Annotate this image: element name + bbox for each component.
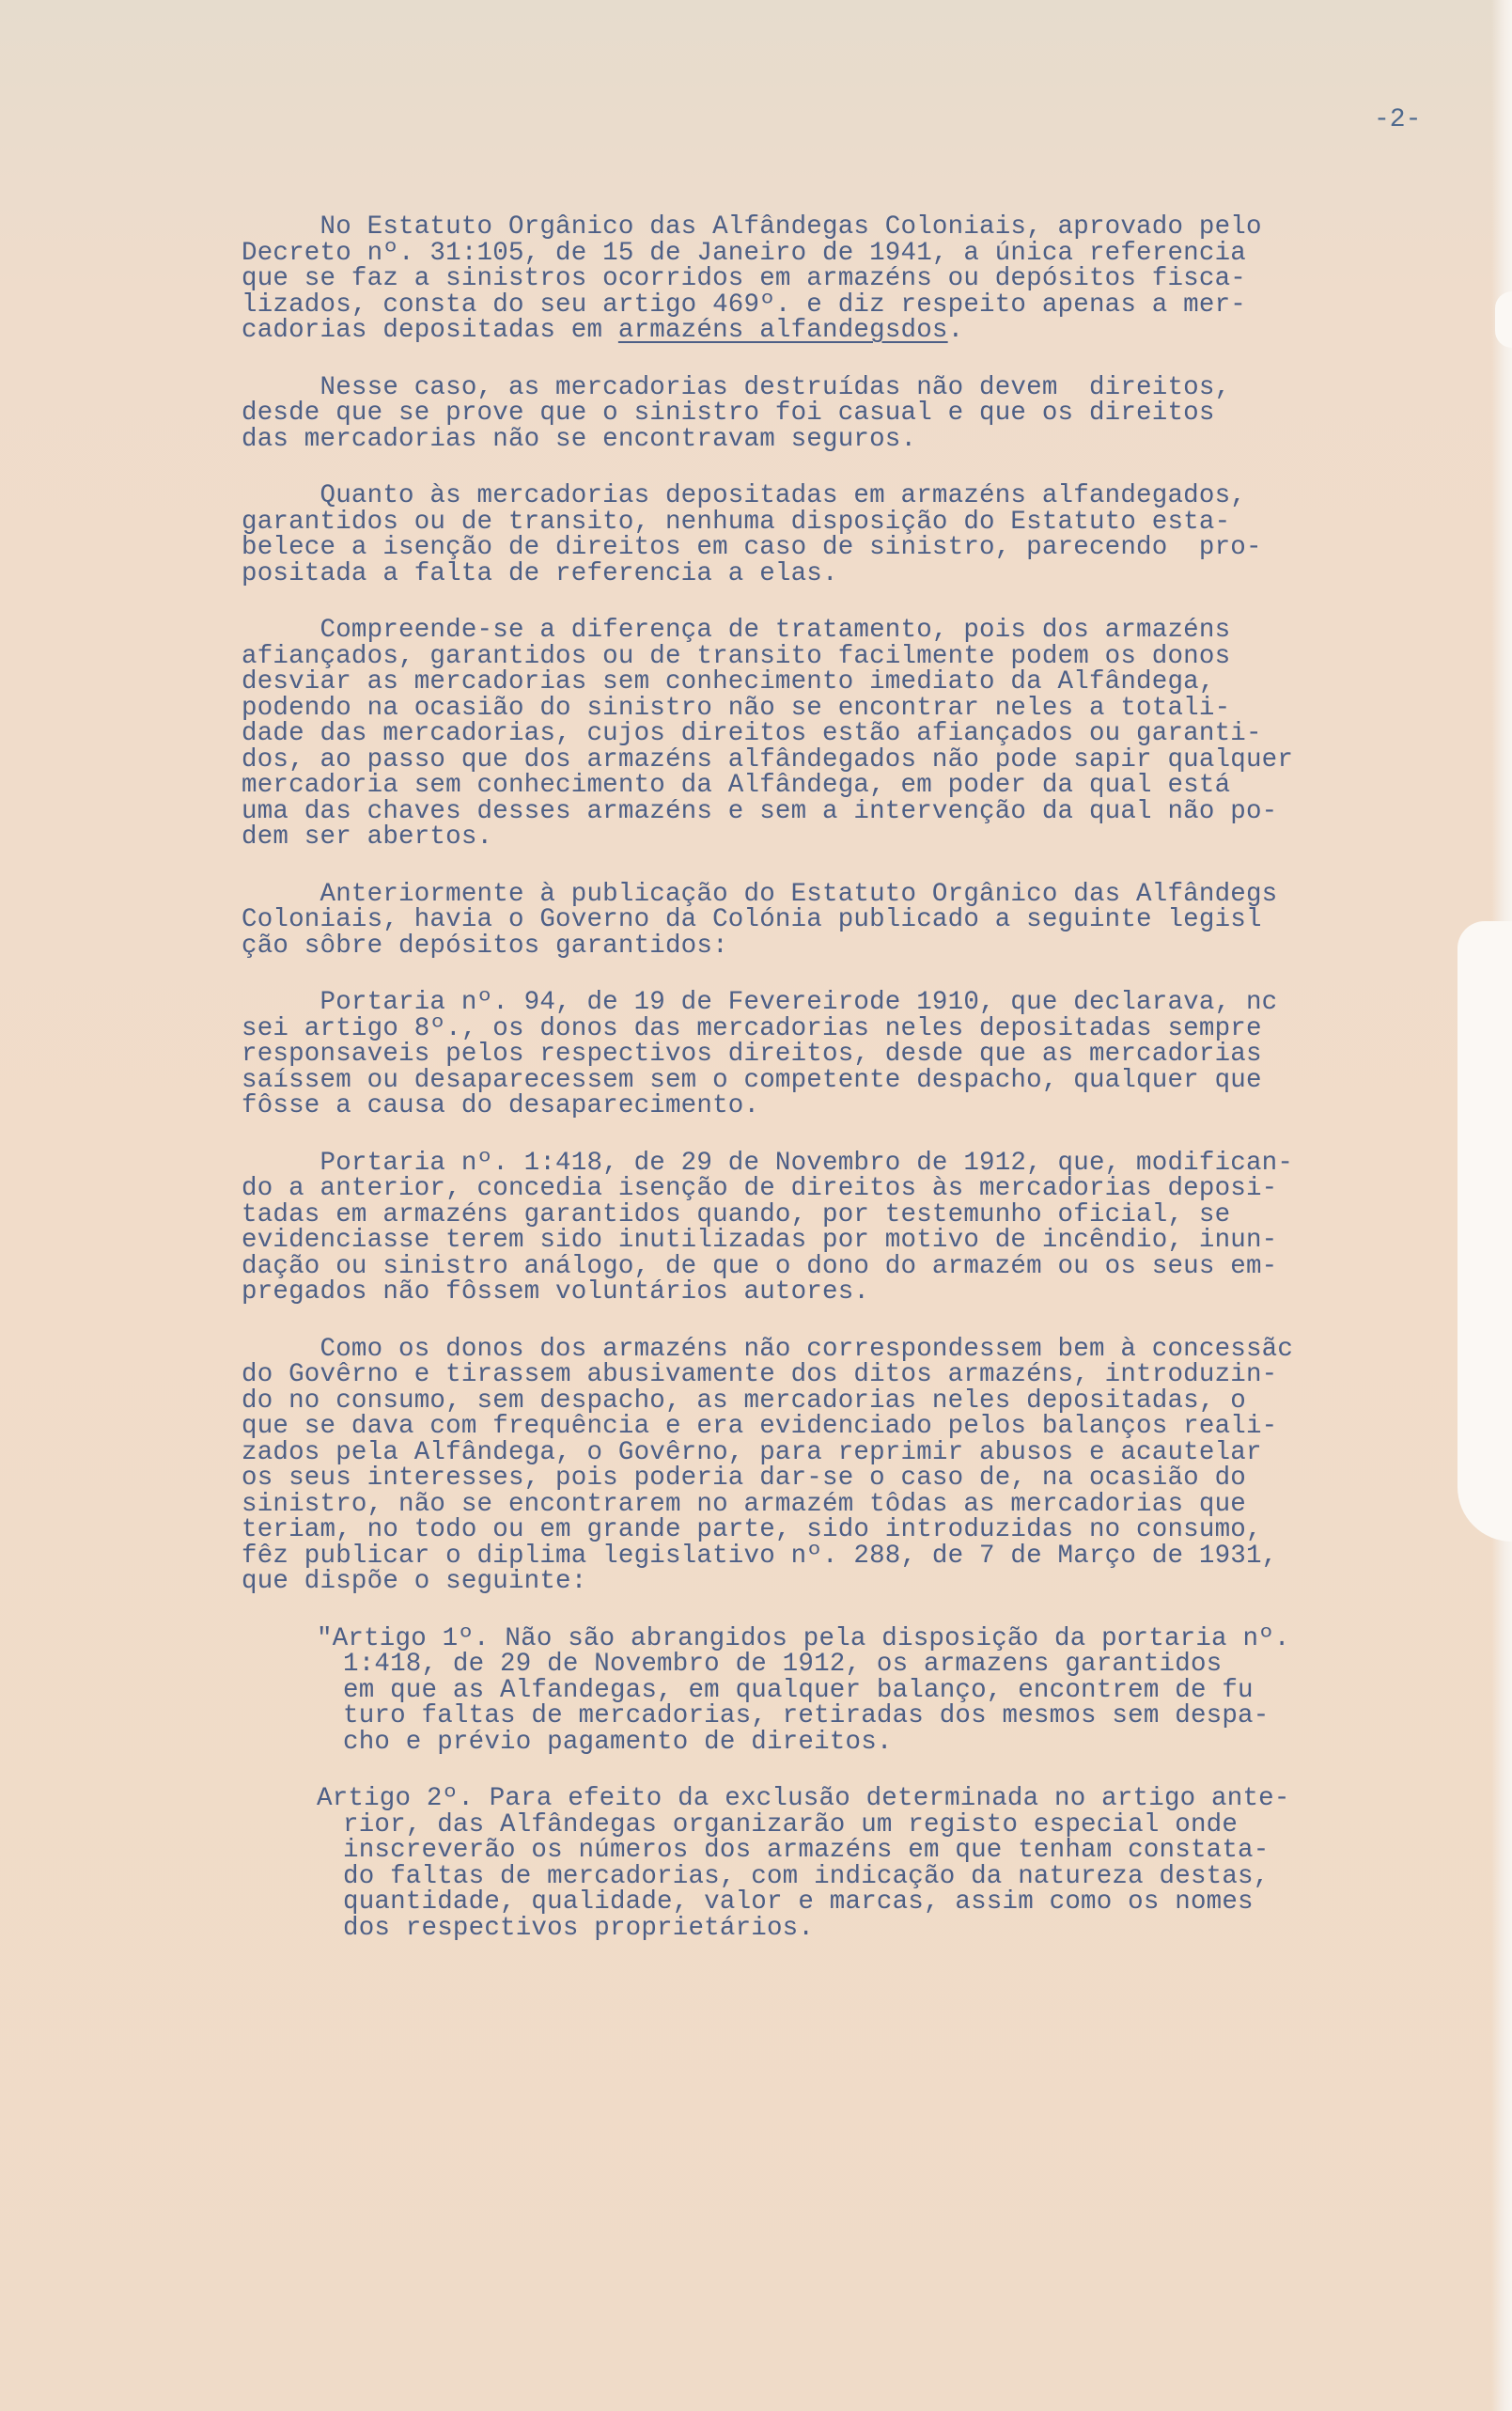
text-line: Decreto nº. 31:105, de 15 de Janeiro de … — [242, 241, 1501, 267]
text-line: os seus interesses, pois poderia dar-se … — [242, 1465, 1501, 1492]
text-line: sinistro, não se encontrarem no armazém … — [242, 1492, 1501, 1518]
text-line: mercadoria sem conhecimento da Alfândega… — [242, 773, 1501, 799]
text-line: afiançados, garantidos ou de transito fa… — [242, 644, 1501, 670]
text-line: quantidade, qualidade, valor e marcas, a… — [317, 1889, 1501, 1916]
text-line: saíssem ou desaparecessem sem o competen… — [242, 1068, 1501, 1094]
text-line: pregados não fôssem voluntários autores. — [242, 1279, 1501, 1306]
text-line: das mercadorias não se encontravam segur… — [242, 427, 1501, 453]
text-line: do no consumo, sem despacho, as mercador… — [242, 1388, 1501, 1415]
text-line: cadorias depositadas em armazéns alfande… — [242, 318, 1501, 344]
paragraph-1: No Estatuto Orgânico das Alfândegas Colo… — [242, 214, 1501, 344]
text-line: Como os donos dos armazéns não correspon… — [242, 1337, 1501, 1363]
text-line: dem ser abertos. — [242, 824, 1501, 851]
text-line: do faltas de mercadorias, com indicação … — [317, 1864, 1501, 1890]
text-line: dade das mercadorias, cujos direitos est… — [242, 721, 1501, 747]
text-line: dação ou sinistro análogo, de que o dono… — [242, 1254, 1501, 1280]
text-line: evidenciasse terem sido inutilizadas por… — [242, 1228, 1501, 1254]
text-line: lizados, consta do seu artigo 469º. e di… — [242, 292, 1501, 319]
text-line: Portaria nº. 94, de 19 de Fevereirode 19… — [242, 990, 1501, 1016]
text-line: ção sôbre depósitos garantidos: — [242, 933, 1501, 960]
text-line: em que as Alfandegas, em qualquer balanç… — [317, 1678, 1501, 1704]
text-line: garantidos ou de transito, nenhuma dispo… — [242, 509, 1501, 536]
paragraph-7: Portaria nº. 1:418, de 29 de Novembro de… — [242, 1151, 1501, 1306]
text-line: inscreverão os números dos armazéns em q… — [317, 1838, 1501, 1864]
text-line: No Estatuto Orgânico das Alfândegas Colo… — [242, 214, 1501, 241]
text-line: que se faz a sinistros ocorridos em arma… — [242, 266, 1501, 292]
text-line: "Artigo 1º. Não são abrangidos pela disp… — [317, 1626, 1501, 1652]
text-line: sei artigo 8º., os donos das mercadorias… — [242, 1016, 1501, 1042]
text-line: uma das chaves desses armazéns e sem a i… — [242, 799, 1501, 825]
text-line: dos, ao passo que dos armazéns alfândega… — [242, 747, 1501, 774]
text-line: Anteriormente à publicação do Estatuto O… — [242, 882, 1501, 908]
text-line: Coloniais, havia o Governo da Colónia pu… — [242, 907, 1501, 933]
text-line: cho e prévio pagamento de direitos. — [317, 1730, 1501, 1756]
text-line: fôsse a causa do desaparecimento. — [242, 1093, 1501, 1119]
text-line: que se dava com frequência e era evidenc… — [242, 1414, 1501, 1440]
text-line: rior, das Alfândegas organizarão um regi… — [317, 1812, 1501, 1839]
document-body: No Estatuto Orgânico das Alfândegas Colo… — [242, 214, 1501, 1972]
page-number: -2- — [1374, 105, 1421, 134]
paragraph-3: Quanto às mercadorias depositadas em arm… — [242, 483, 1501, 587]
text-line: Compreende-se a diferença de tratamento,… — [242, 618, 1501, 644]
paragraph-8: Como os donos dos armazéns não correspon… — [242, 1337, 1501, 1595]
paragraph-6: Portaria nº. 94, de 19 de Fevereirode 19… — [242, 990, 1501, 1119]
text-line: zados pela Alfândega, o Govêrno, para re… — [242, 1440, 1501, 1466]
text-line: podendo na ocasião do sinistro não se en… — [242, 696, 1501, 722]
text-line: dos respectivos proprietários. — [317, 1916, 1501, 1942]
text-line: positada a falta de referencia a elas. — [242, 561, 1501, 587]
paragraph-5: Anteriormente à publicação do Estatuto O… — [242, 882, 1501, 960]
underlined-phrase: armazéns alfandegsdos — [618, 316, 948, 345]
text-line: belece a isenção de direitos em caso de … — [242, 535, 1501, 561]
text-line: que dispõe o seguinte: — [242, 1569, 1501, 1595]
text-line: do a anterior, concedia isenção de direi… — [242, 1176, 1501, 1202]
quoted-article-2: Artigo 2º. Para efeito da exclusão deter… — [317, 1786, 1501, 1941]
text-line: Portaria nº. 1:418, de 29 de Novembro de… — [242, 1151, 1501, 1177]
text-line: teriam, no todo ou em grande parte, sido… — [242, 1517, 1501, 1543]
text-line: turo faltas de mercadorias, retiradas do… — [317, 1703, 1501, 1730]
text-line: tadas em armazéns garantidos quando, por… — [242, 1202, 1501, 1229]
text-line: desviar as mercadorias sem conhecimento … — [242, 669, 1501, 696]
text-line: Quanto às mercadorias depositadas em arm… — [242, 483, 1501, 509]
text-line: fêz publicar o diplima legislativo nº. 2… — [242, 1543, 1501, 1570]
paragraph-2: Nesse caso, as mercadorias destruídas nã… — [242, 375, 1501, 453]
text-line: do Govêrno e tirassem abusivamente dos d… — [242, 1362, 1501, 1388]
quoted-article-1: "Artigo 1º. Não são abrangidos pela disp… — [317, 1626, 1501, 1756]
text-line: Nesse caso, as mercadorias destruídas nã… — [242, 375, 1501, 401]
text-line: Artigo 2º. Para efeito da exclusão deter… — [317, 1786, 1501, 1812]
text-line: 1:418, de 29 de Novembro de 1912, os arm… — [317, 1652, 1501, 1678]
text-span: . — [948, 316, 964, 345]
text-line: responsaveis pelos respectivos direitos,… — [242, 1041, 1501, 1068]
text-line: desde que se prove que o sinistro foi ca… — [242, 400, 1501, 427]
text-span: cadorias depositadas em — [242, 316, 618, 345]
document-page: -2- No Estatuto Orgânico das Alfândegas … — [0, 0, 1512, 2411]
paragraph-4: Compreende-se a diferença de tratamento,… — [242, 618, 1501, 851]
